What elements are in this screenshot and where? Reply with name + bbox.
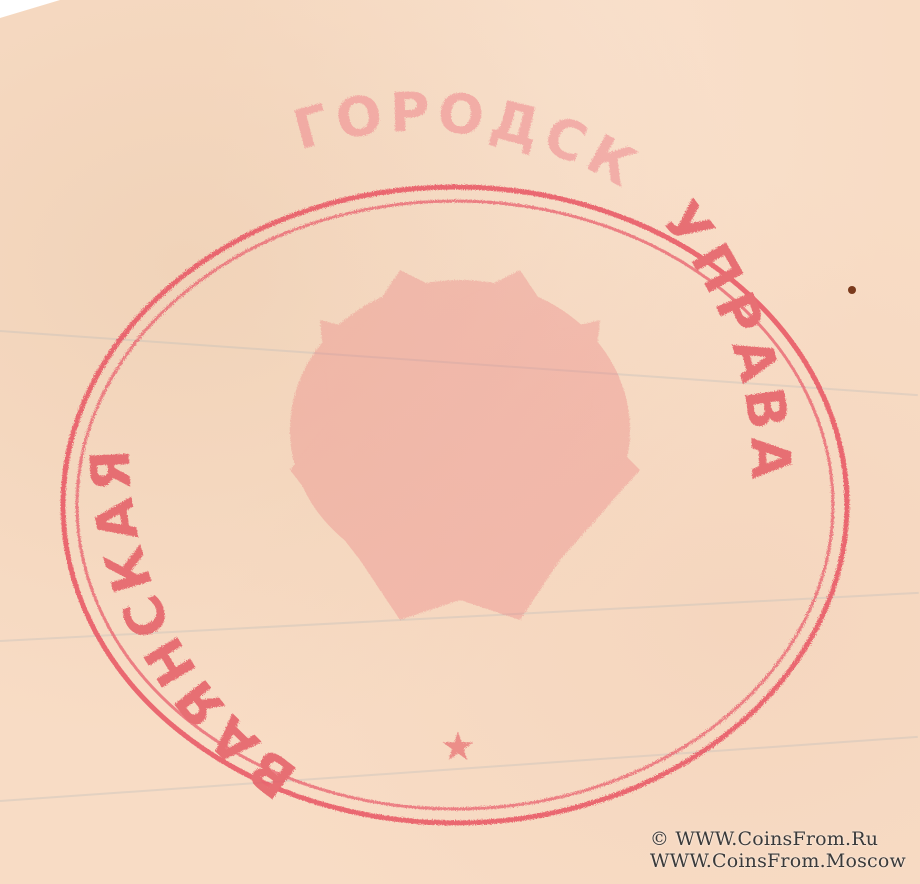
- stamp-text-top: ГОРОДСКАЯ: [0, 0, 651, 202]
- watermark-line-2: WWW.CoinsFrom.Moscow: [650, 850, 906, 872]
- star-icon: ★: [440, 724, 476, 770]
- watermark: © WWW.CoinsFrom.Ru WWW.CoinsFrom.Moscow: [650, 828, 906, 872]
- stamp-text-right: УПРАВА: [650, 189, 802, 485]
- rubber-stamp: ВАЯНСКАЯ ГОРОДСКАЯ УПРАВА ★: [0, 0, 920, 884]
- double-headed-eagle-icon: [290, 270, 640, 620]
- watermark-line-1: © WWW.CoinsFrom.Ru: [650, 828, 906, 850]
- stamp-text-left: ВАЯНСКАЯ: [78, 442, 307, 810]
